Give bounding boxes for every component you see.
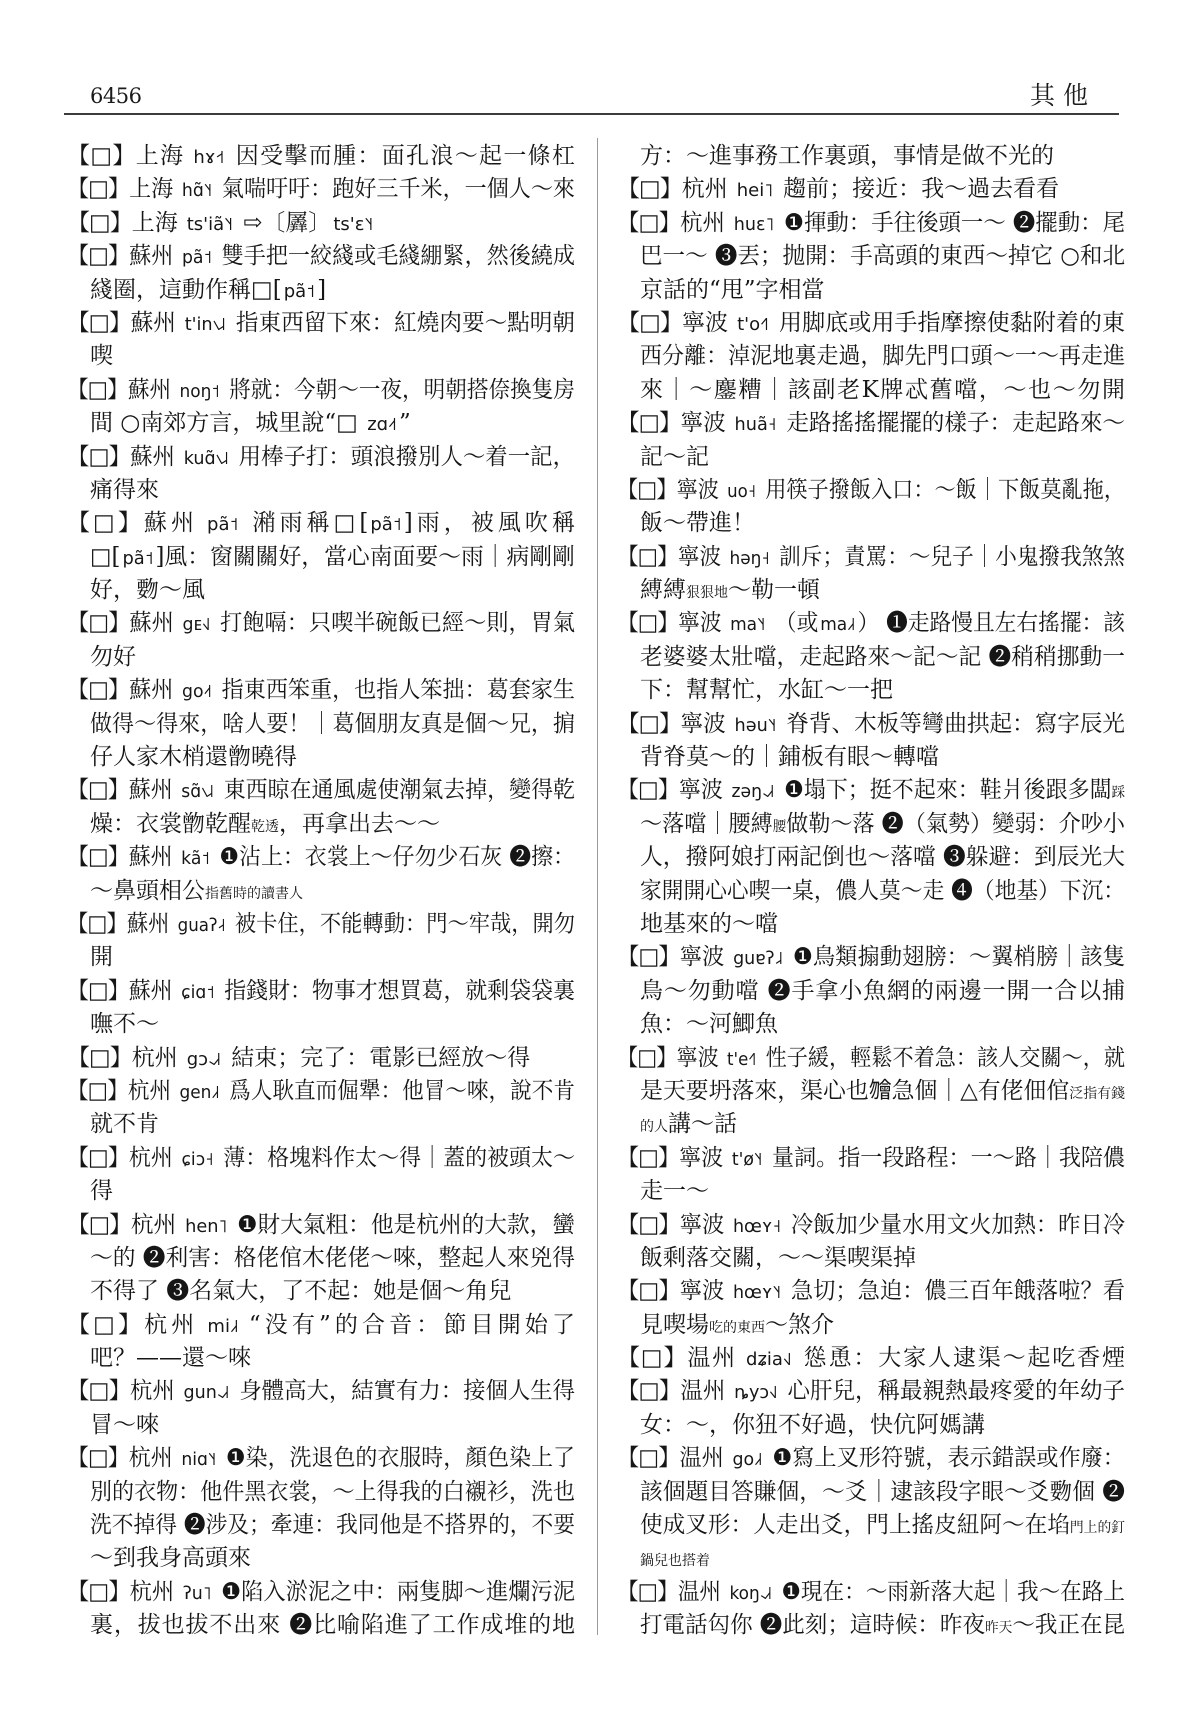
line-text: 【□】寧波hœʏ˧冷飯加少量水用文火加熱：昨日冷 [617, 1209, 1125, 1243]
ipa-transcription: kuɑ̃˦˩˨ [184, 448, 229, 469]
entry-continuation-line: 女：～，你狃不好過，快伉阿媽講 [617, 1409, 1125, 1442]
gloss-note: 門上的釘 [1070, 1520, 1125, 1536]
dialect-location: 寧波 [676, 1045, 718, 1071]
dictionary-entry: 【□】温州dʑia˧˩慫恿：大家人逮渠～起吃香煙 [617, 1342, 1125, 1375]
line-text: 【□】寧波həŋ˧訓斥；責罵：～兒子｜小鬼撥我煞煞 [617, 541, 1125, 575]
gloss-note: 乾透 [251, 819, 279, 835]
gloss-note: 泛指有錢 [1069, 1086, 1125, 1102]
headword-placeholder: 【□】 [67, 143, 136, 169]
ipa-transcription: gen˩˧ [180, 1082, 220, 1103]
definition-text: 仔人家木梢還朆曉得 [90, 744, 297, 770]
entry-continuation-line: 西分離：淖泥地裏走過，脚先門口頭～一～再走進 [617, 340, 1125, 373]
ipa-transcription: ɕiɑ˦ [181, 982, 215, 1003]
entry-continuation-line: 就不肯 [67, 1108, 575, 1141]
definition-text: ] [317, 277, 326, 303]
dialect-location: 温州 [678, 1579, 721, 1605]
line-text: 【□】温州dʑia˧˩慫恿：大家人逮渠～起吃香煙 [617, 1342, 1125, 1376]
headword-placeholder: 【□】 [617, 1045, 676, 1071]
line-text: ～落噹｜腰縛腰做勒～落 ❷（氣勢）變弱：介吵小 [640, 808, 1125, 844]
ipa-transcription: mi˩˧ [207, 1316, 238, 1337]
definition-text: 裏，拔也拔不出來 ❷比喻陷進了工作成堆的地 [90, 1612, 575, 1638]
entry-head-line: 【□】寧波guɐʔ˩˨❶鳥類搧動翅膀：～翼梢膀｜該隻 [617, 941, 1125, 974]
line-text: 的人講～話 [640, 1108, 737, 1144]
dialect-location: 寧波 [681, 711, 726, 737]
line-text: 【□】蘇州kã˦❶沾上：衣裳上～仔勿少石灰 ❷擦： [67, 841, 575, 875]
definition-text: 打飽嗝：只喫半碗飯已經～則，胃氣 [220, 610, 575, 636]
dictionary-entry: 【□】蘇州t'in˦˩˨指東西留下來：紅燒肉要～點明朝喫 [67, 307, 575, 374]
line-text: 【□】蘇州gᴇ˧˩打飽嗝：只喫半碗飯已經～則，胃氣 [67, 607, 575, 641]
line-text: 【□】杭州gun˨˩˧身體高大，結實有力：接個人生得 [67, 1375, 575, 1409]
entry-head-line: 【□】蘇州t'in˦˩˨指東西留下來：紅燒肉要～點明朝 [67, 307, 575, 340]
ipa-transcription: huɛ˥ [734, 214, 774, 235]
dialect-location: 蘇州 [129, 243, 173, 269]
definition-text: 結束；完了：電影已經放～得 [231, 1045, 530, 1071]
dialect-location: 蘇州 [129, 677, 173, 703]
line-text: ～到我身高頭來 [90, 1542, 251, 1575]
line-text: 【□】上海ts'iã˥˧⇨〔羼〕ts'ɛ˥˧ [67, 207, 375, 241]
entry-head-line: 【□】杭州ʔu˥❶陷入淤泥之中：兩隻脚～進爛污泥 [67, 1576, 575, 1609]
dialect-location: 寧波 [680, 1278, 725, 1304]
right-column: 方：～進事務工作裏頭，事情是做不光的【□】杭州hei˥趨前；接近：我～過去看看【… [617, 140, 1125, 1643]
line-text: 【□】杭州ɕiɔ˧薄：格塊料作太～得｜蓋的被頭太～ [67, 1142, 575, 1176]
entry-head-line: 【□】寧波hœʏ˧冷飯加少量水用文火加熱：昨日冷 [617, 1209, 1125, 1242]
line-text: 巴一～ ❸丟；抛開：手高頭的東西～掉它 ○和北 [640, 240, 1125, 273]
dialect-location: 寧波 [680, 1212, 725, 1238]
line-text: 女：～，你狃不好過，快伉阿媽講 [640, 1409, 985, 1442]
dialect-location: 杭州 [129, 1145, 173, 1171]
entry-continuation-line: ～的 ❷利害：格佬倌木佬佬～唻，整起人來兇得 [67, 1242, 575, 1275]
dictionary-entry: 【□】上海ts'iã˥˧⇨〔羼〕ts'ɛ˥˧ [67, 207, 575, 240]
line-text: 【□】寧波zəŋ˨˩˧❶塌下；挺不起來：鞋爿後跟多闆踩 [617, 774, 1125, 810]
definition-text: ]風：窗關關好，當心南面要～雨｜病剛剛 [156, 544, 575, 570]
line-text: 該個題目答賺個，～爻｜逮該段字眼～爻覅個 ❷ [640, 1476, 1125, 1509]
line-text: 燥：衣裳朆乾醒乾透，再拿出去～～ [90, 808, 440, 844]
definition-text: 被卡住，不能轉動：門～牢哉，開勿 [235, 911, 575, 937]
definition-text: 脊背、木板等彎曲拱起：寫字辰光 [786, 711, 1125, 737]
definition-text: 別的衣物：他件黑衣裳，～上得我的白襯衫，洗也 [90, 1479, 575, 1505]
line-text: 飯剩落交關，～～渠喫渠掉 [640, 1242, 916, 1275]
entry-continuation-line: 地基來的～噹 [617, 908, 1125, 941]
line-text: 不得了 ❸名氣大，了不起：她是個～角兒 [90, 1275, 511, 1308]
ipa-transcription: t'ø˥˧ [732, 1149, 763, 1170]
line-text: 綫圈，這動作稱□[pã˦] [90, 274, 326, 308]
entry-head-line: 【□】蘇州sɑ̃˦˩˨東西晾在通風處使潮氣去掉，變得乾 [67, 774, 575, 807]
line-text: 【□】寧波hœʏ˥˧急切；急迫：儂三百年餓落啦？看 [617, 1275, 1125, 1309]
entry-head-line: 【□】寧波uo˧用筷子撥飯入口：～飯｜下飯莫亂拖， [617, 474, 1125, 507]
entry-continuation-line: 走一～ [617, 1175, 1125, 1208]
line-text: 【□】温州go˩˧❶寫上叉形符號，表示錯誤或作廢： [617, 1442, 1125, 1476]
definition-text: ❶現在：～雨新落大起｜我～在路上 [782, 1579, 1125, 1605]
ipa-transcription: pã˦ [207, 514, 238, 535]
ipa-inline: pã˦ [370, 514, 401, 535]
line-text: 間 ○南郊方言，城里說“□ zɑ˨˦” [90, 407, 411, 441]
ipa-transcription: ts'iã˥˧ [187, 214, 233, 235]
dictionary-entry: 【□】蘇州pã˦潲雨稱□[pã˦]雨，被風吹稱□[pã˦]風：窗關關好，當心南面… [67, 507, 575, 607]
gloss-note: 腰 [773, 819, 786, 835]
definition-text: ～的 ❷利害：格佬倌木佬佬～唻，整起人來兇得 [90, 1245, 575, 1271]
entry-head-line: 【□】寧波zəŋ˨˩˧❶塌下；挺不起來：鞋爿後跟多闆踩 [617, 774, 1125, 807]
definition-text: 爲人耿直而倔犟：他冒～唻，說不肯 [229, 1078, 575, 1104]
entry-head-line: 【□】上海hɤ˧˦因受擊而腫：面孔浪～起一條杠 [67, 140, 575, 173]
headword-placeholder: 【□】 [67, 1145, 129, 1171]
dialect-location: 杭州 [682, 176, 728, 202]
headword-placeholder: 【□】 [67, 176, 129, 202]
dialect-location: 寧波 [682, 310, 728, 336]
entry-head-line: 【□】杭州ɕiɔ˧薄：格塊料作太～得｜蓋的被頭太～ [67, 1142, 575, 1175]
definition-text: 做得～得來，啥人要！｜葛個朋友真是個～兄，掮 [90, 711, 575, 737]
definition-text: ⇨〔羼〕 [243, 210, 331, 236]
headword-placeholder: 【□】 [617, 477, 677, 503]
line-text: 【□】蘇州ɕiɑ˦指錢財：物事才想買葛，就剩袋袋裏 [67, 975, 575, 1009]
entry-continuation-line: 魚：～河鯽魚 [617, 1008, 1125, 1041]
line-text: 【□】寧波həu˥˧脊背、木板等彎曲拱起：寫字辰光 [617, 708, 1125, 742]
line-text: 【□】蘇州sɑ̃˦˩˨東西晾在通風處使潮氣去掉，變得乾 [67, 774, 575, 808]
headword-placeholder: 【□】 [617, 944, 680, 970]
definition-text: 走路搖搖擺擺的樣子：走起路來～ [786, 410, 1125, 436]
line-text: 【□】杭州gen˩˧爲人耿直而倔犟：他冒～唻，說不肯 [67, 1075, 575, 1109]
line-text: 縛縛狠狠地～勒一頓 [640, 574, 820, 610]
entry-continuation-line: 來｜～鏖糟｜該副老K牌忒舊噹，～也～勿開 [617, 374, 1125, 407]
line-text: 【□】杭州hen˥❶財大氣粗：他是杭州的大款，蠻 [67, 1209, 575, 1243]
entry-head-line: 【□】寧波huã˧走路搖搖擺擺的樣子：走起路來～ [617, 407, 1125, 440]
dictionary-entry: 【□】寧波t'o˧˥用脚底或用手指摩擦使黏附着的東西分離：淖泥地裏走過，脚先門口… [617, 307, 1125, 407]
definition-text: 急切；急迫：儂三百年餓落啦？看 [791, 1278, 1125, 1304]
section-title: 其 他 [1030, 81, 1088, 111]
headword-placeholder: 【□】 [617, 176, 682, 202]
ipa-transcription: gᴇ˧˩ [182, 614, 210, 635]
dictionary-entry: 【□】杭州hen˥❶財大氣粗：他是杭州的大款，蠻～的 ❷利害：格佬倌木佬佬～唻，… [67, 1209, 575, 1309]
dialect-location: 温州 [680, 1378, 725, 1404]
entry-head-line: 【□】蘇州go˨˦指東西笨重，也指人笨拙：葛套家生 [67, 674, 575, 707]
entry-continuation-line: 的人講～話 [617, 1108, 1125, 1141]
entry-continuation-line: 京話的“甩”字相當 [617, 274, 1125, 307]
definition-text: 薄：格塊料作太～得｜蓋的被頭太～ [223, 1145, 575, 1171]
dictionary-entry: 【□】杭州ɕiɔ˧薄：格塊料作太～得｜蓋的被頭太～得 [67, 1142, 575, 1209]
definition-text: 燥：衣裳朆乾醒 [90, 811, 251, 837]
line-text: 勿好 [90, 641, 136, 674]
definition-text: “没有”的合音：節目開始了 [249, 1312, 575, 1338]
gloss-note: 狠狠地 [686, 585, 728, 601]
headword-placeholder: 【□】 [67, 911, 127, 937]
entry-continuation-line: 裏，拔也拔不出來 ❷比喻陷進了工作成堆的地 [67, 1609, 575, 1642]
line-text: 【□】杭州niɑ˥˧❶染，洗退色的衣服時，顏色染上了 [67, 1442, 575, 1476]
column-divider [597, 138, 598, 1635]
entry-continuation-line: 是天要坍落來，渠心也𣍐急個｜△有佬佃倌泛指有錢 [617, 1075, 1125, 1108]
definition-text: 指東西笨重，也指人笨拙：葛套家生 [222, 677, 575, 703]
dictionary-entry: 【□】寧波uo˧用筷子撥飯入口：～飯｜下飯莫亂拖，飯～帶進！ [617, 474, 1125, 541]
line-text: 老婆婆太壯噹，走起路來～記～記 ❷稍稍挪動一 [640, 641, 1125, 674]
definition-text: 勿好 [90, 644, 136, 670]
headword-placeholder: 【□】 [617, 1445, 679, 1471]
entry-continuation-line: 痛得來 [67, 474, 575, 507]
entry-continuation-line: 使成叉形：人走出爻，門上搖皮紐阿～在埳門上的釘 [617, 1509, 1125, 1542]
entry-continuation-line: 得 [67, 1175, 575, 1208]
dialect-location: 蘇州 [129, 844, 173, 870]
definition-text: □[ [90, 544, 120, 570]
entry-continuation-line: 飯～帶進！ [617, 507, 1125, 540]
headword-placeholder: 【□】 [67, 1078, 128, 1104]
entry-head-line: 【□】杭州huɛ˥❶揮動：手往後頭一～ ❷擺動：尾 [617, 207, 1125, 240]
entry-head-line: 【□】温州ȵyɔ˧˩心肝兒，稱最親熱最疼愛的年幼子 [617, 1375, 1125, 1408]
headword-placeholder: 【□】 [617, 544, 678, 570]
dictionary-entry: 【□】蘇州noŋ˦將就：今朝～一夜，明朝搭倷換隻房間 ○南郊方言，城里說“□ z… [67, 374, 575, 441]
line-text: 【□】温州ȵyɔ˧˩心肝兒，稱最親熱最疼愛的年幼子 [617, 1375, 1125, 1409]
line-text: 【□】上海hɤ˧˦因受擊而腫：面孔浪～起一條杠 [67, 140, 575, 174]
line-text: 【□】杭州hei˥趨前；接近：我～過去看看 [617, 173, 1059, 207]
definition-text: 打電話匃你 ❷此刻；這時候：昨夜 [640, 1612, 985, 1638]
dictionary-entry: 【□】杭州niɑ˥˧❶染，洗退色的衣服時，顏色染上了別的衣物：他件黑衣裳，～上得… [67, 1442, 575, 1576]
line-text: □[pã˦]風：窗關關好，當心南面要～雨｜病剛剛 [90, 541, 575, 575]
dictionary-entry: 【□】寧波t'ø˥˧量詞。指一段路程：一～路｜我陪儂走一～ [617, 1142, 1125, 1209]
line-text: 方：～進事務工作裏頭，事情是做不光的 [640, 140, 1054, 173]
headword-placeholder: 【□】 [67, 377, 128, 403]
dictionary-entry: 【□】温州go˩˧❶寫上叉形符號，表示錯誤或作廢：該個題目答賺個，～爻｜逮該段字… [617, 1442, 1125, 1576]
dialect-location: 杭州 [132, 1045, 178, 1071]
entry-continuation-line: 打電話匃你 ❷此刻；這時候：昨夜昨天～我正在昆 [617, 1609, 1125, 1642]
definition-text: 魚：～河鯽魚 [640, 1011, 778, 1037]
ipa-transcription: dʑia˧˩ [746, 1349, 792, 1370]
dialect-location: 杭州 [144, 1312, 198, 1338]
ipa-transcription: pã˦ [182, 247, 212, 268]
line-text: 魚：～河鯽魚 [640, 1008, 778, 1041]
definition-text: 用筷子撥飯入口：～飯｜下飯莫亂拖， [765, 477, 1125, 503]
dictionary-entry: 【□】杭州huɛ˥❶揮動：手往後頭一～ ❷擺動：尾巴一～ ❸丟；抛開：手高頭的東… [617, 207, 1125, 307]
line-text: 西分離：淖泥地裏走過，脚先門口頭～一～再走進 [640, 340, 1125, 373]
definition-text: 女：～，你狃不好過，快伉阿媽講 [640, 1412, 985, 1438]
entry-continuation-line: 記～記 [617, 441, 1125, 474]
line-text: 人，撥阿娘打兩記倒也～落噹 ❸躲避：到辰光大 [640, 841, 1125, 874]
headword-placeholder: 【□】 [67, 210, 132, 236]
ipa-transcription: gun˨˩˧ [183, 1382, 229, 1403]
definition-text: 氣喘吁吁：跑好三千米，一個人～來 [222, 176, 575, 202]
line-text: 家開開心心喫一桌，儂人莫～走 ❹（地基）下沉： [640, 875, 1125, 908]
line-text: 開 [90, 941, 113, 974]
dictionary-entry: 【□】杭州ʔu˥❶陷入淤泥之中：兩隻脚～進爛污泥裏，拔也拔不出來 ❷比喻陷進了工… [67, 1576, 575, 1643]
entry-continuation-line: ～鼻頭相公指舊時的讀書人 [67, 875, 575, 908]
entry-continuation-line: 綫圈，這動作稱□[pã˦] [67, 274, 575, 307]
definition-text: 人，撥阿娘打兩記倒也～落噹 ❸躲避：到辰光大 [640, 844, 1125, 870]
definition-text: 指東西留下來：紅燒肉要～點明朝 [236, 310, 575, 336]
entry-head-line: 【□】蘇州kuɑ̃˦˩˨用棒子打：頭浪撥別人～着一記， [67, 441, 575, 474]
definition-text: 綫圈，這動作稱□[ [90, 277, 282, 303]
ipa-transcription: guaʔ˨˧ [178, 915, 226, 936]
entry-head-line: 【□】温州dʑia˧˩慫恿：大家人逮渠～起吃香煙 [617, 1342, 1125, 1375]
entry-head-line: 【□】蘇州guaʔ˨˧被卡住，不能轉動：門～牢哉，開勿 [67, 908, 575, 941]
line-text: 【□】寧波ma˥˧（或ma˩˧） ❶走路慢且左右搖擺：該 [617, 607, 1125, 641]
dictionary-entry: 【□】蘇州kã˦❶沾上：衣裳上～仔勿少石灰 ❷擦：～鼻頭相公指舊時的讀書人 [67, 841, 575, 908]
entry-head-line: 【□】杭州gen˩˧爲人耿直而倔犟：他冒～唻，說不肯 [67, 1075, 575, 1108]
line-text: 喫 [90, 340, 113, 373]
dictionary-entry: 【□】蘇州sɑ̃˦˩˨東西晾在通風處使潮氣去掉，變得乾燥：衣裳朆乾醒乾透，再拿出… [67, 774, 575, 841]
entry-head-line: 【□】蘇州kã˦❶沾上：衣裳上～仔勿少石灰 ❷擦： [67, 841, 575, 874]
definition-text: 因受擊而腫：面孔浪～起一條杠 [234, 143, 575, 169]
dialect-location: 蘇州 [129, 610, 173, 636]
line-text: 打電話匃你 ❷此刻；這時候：昨夜昨天～我正在昆 [640, 1609, 1125, 1645]
line-text: 見喫場吃的東西～煞介 [640, 1309, 834, 1345]
ipa-transcription: hɤ˧˦ [193, 147, 224, 168]
line-text: 下：幫幫忙，水缸～一把 [640, 674, 893, 707]
entry-continuation-line: 燥：衣裳朆乾醒乾透，再拿出去～～ [67, 808, 575, 841]
ipa-inline: zɑ˨˦ [367, 414, 397, 435]
entry-continuation-line: 不得了 ❸名氣大，了不起：她是個～角兒 [67, 1275, 575, 1308]
definition-text: 開 [90, 944, 113, 970]
entry-head-line: 【□】上海hɑ̃˥˧氣喘吁吁：跑好三千米，一個人～來 [67, 173, 575, 206]
dialect-location: 寧波 [678, 610, 721, 636]
dictionary-entry: 【□】杭州gun˨˩˧身體高大，結實有力：接個人生得冒～唻 [67, 1375, 575, 1442]
entry-continuation-line: 勿好 [67, 641, 575, 674]
headword-placeholder: 【□】 [617, 1345, 687, 1371]
definition-text: 好，覅～風 [90, 577, 205, 603]
definition-text: 雙手把一絞綫或毛綫綳緊，然後繞成 [222, 243, 575, 269]
definition-text: 吧？——還～唻 [90, 1345, 251, 1371]
definition-text: 潲雨稱□[ [248, 510, 368, 536]
dictionary-entry: 【□】寧波hœʏ˥˧急切；急迫：儂三百年餓落啦？看見喫場吃的東西～煞介 [617, 1275, 1125, 1342]
definition-text: 冷飯加少量水用文火加熱：昨日冷 [791, 1212, 1125, 1238]
ipa-inline: ts'ɛ˥˧ [333, 214, 373, 235]
line-text: 飯～帶進！ [640, 507, 755, 540]
definition-text: 趨前；接近：我～過去看看 [783, 176, 1059, 202]
line-text: 【□】寧波t'e˧˥性子緩，輕鬆不着急：該人交關～，就 [617, 1042, 1125, 1076]
definition-text: 縛縛 [640, 577, 686, 603]
dialect-location: 温州 [679, 1445, 723, 1471]
headword-placeholder: 【□】 [67, 1445, 129, 1471]
headword-placeholder: 【□】 [67, 1378, 130, 1404]
entry-continuation-line: 家開開心心喫一桌，儂人莫～走 ❹（地基）下沉： [617, 875, 1125, 908]
definition-text: ～鼻頭相公 [90, 878, 205, 904]
entry-head-line: 【□】蘇州pã˦潲雨稱□[pã˦]雨，被風吹稱 [67, 507, 575, 540]
headword-placeholder: 【□】 [617, 410, 681, 436]
entry-head-line: 【□】上海ts'iã˥˧⇨〔羼〕ts'ɛ˥˧ [67, 207, 575, 240]
dialect-location: 上海 [136, 143, 185, 169]
dictionary-entry: 【□】蘇州go˨˦指東西笨重，也指人笨拙：葛套家生做得～得來，啥人要！｜葛個朋友… [67, 674, 575, 774]
dialect-location: 蘇州 [129, 777, 173, 803]
ipa-inline: ma˩˧ [820, 614, 855, 635]
definition-text: 來｜～鏖糟｜該副老K牌忒舊噹，～也～勿開 [640, 377, 1125, 403]
definition-text: ～到我身高頭來 [90, 1545, 251, 1571]
ipa-transcription: hen˥ [185, 1216, 227, 1237]
ipa-transcription: noŋ˦ [180, 381, 220, 402]
line-text: 來｜～鏖糟｜該副老K牌忒舊噹，～也～勿開 [640, 374, 1125, 407]
entry-continuation-line: 方：～進事務工作裏頭，事情是做不光的 [617, 140, 1125, 173]
entry-continuation-line: 背脊莫～的｜鋪板有眼～轉噹 [617, 741, 1125, 774]
definition-text: 見喫場 [640, 1312, 709, 1338]
definition-text: 訓斥；責罵：～兒子｜小鬼撥我煞煞 [779, 544, 1125, 570]
definition-text: 東西晾在通風處使潮氣去掉，變得乾 [224, 777, 575, 803]
entry-continuation-line: 下：幫幫忙，水缸～一把 [617, 674, 1125, 707]
ipa-transcription: go˩˧ [732, 1449, 762, 1470]
line-text: 【□】蘇州kuɑ̃˦˩˨用棒子打：頭浪撥別人～着一記， [67, 441, 575, 475]
ipa-transcription: hei˥ [737, 180, 773, 201]
definition-text: 京話的“甩”字相當 [640, 277, 825, 303]
line-text: 得 [90, 1175, 113, 1208]
headword-placeholder: 【□】 [67, 677, 129, 703]
definition-text: 心肝兒，稱最親熱最疼愛的年幼子 [788, 1378, 1125, 1404]
line-text: 【□】上海hɑ̃˥˧氣喘吁吁：跑好三千米，一個人～來 [67, 173, 575, 207]
line-text: 做得～得來，啥人要！｜葛個朋友真是個～兄，掮 [90, 708, 575, 741]
definition-text: ❶沾上：衣裳上～仔勿少石灰 ❷擦： [219, 844, 575, 870]
definition-text: ❶寫上叉形符號，表示錯誤或作廢： [772, 1445, 1125, 1471]
definition-text: ，再拿出去～～ [279, 811, 440, 837]
line-text: 鍋兒也搭着 [640, 1542, 710, 1578]
dictionary-entry: 【□】蘇州kuɑ̃˦˩˨用棒子打：頭浪撥別人～着一記，痛得來 [67, 441, 575, 508]
entry-continuation-line: 鳥～勿動噹 ❷手拿小魚網的兩邊一開一合以捕 [617, 975, 1125, 1008]
ipa-transcription: koŋ˨˩˧ [729, 1583, 772, 1604]
entry-head-line: 【□】杭州gɔ˨˩˧結束；完了：電影已經放～得 [67, 1042, 575, 1075]
definition-text: ❶財大氣粗：他是杭州的大款，蠻 [237, 1212, 575, 1238]
line-text: 【□】蘇州t'in˦˩˨指東西留下來：紅燒肉要～點明朝 [67, 307, 575, 341]
left-column: 【□】上海hɤ˧˦因受擊而腫：面孔浪～起一條杠【□】上海hɑ̃˥˧氣喘吁吁：跑好… [67, 140, 575, 1643]
dictionary-entry: 【□】寧波huã˧走路搖搖擺擺的樣子：走起路來～記～記 [617, 407, 1125, 474]
entry-head-line: 【□】寧波t'e˧˥性子緩，輕鬆不着急：該人交關～，就 [617, 1042, 1125, 1075]
dictionary-entry: 【□】上海hɤ˧˦因受擊而腫：面孔浪～起一條杠 [67, 140, 575, 173]
dictionary-entry: 【□】蘇州gᴇ˧˩打飽嗝：只喫半碗飯已經～則，胃氣勿好 [67, 607, 575, 674]
definition-text: ～落噹｜腰縛 [640, 811, 773, 837]
header-rule [64, 113, 1119, 115]
line-text: 【□】杭州ʔu˥❶陷入淤泥之中：兩隻脚～進爛污泥 [67, 1576, 575, 1610]
headword-placeholder: 【□】 [67, 978, 129, 1004]
page-number: 6456 [90, 83, 141, 109]
ipa-transcription: niɑ˥˧ [181, 1449, 216, 1470]
headword-placeholder: 【□】 [67, 844, 129, 870]
definition-text: 性子緩，輕鬆不着急：該人交關～，就 [766, 1045, 1125, 1071]
entry-continuation-line: 人，撥阿娘打兩記倒也～落噹 ❸躲避：到辰光大 [617, 841, 1125, 874]
definition-text: ❶陷入淤泥之中：兩隻脚～進爛污泥 [221, 1579, 575, 1605]
gloss-note: 昨天 [985, 1620, 1012, 1636]
line-text: 【□】蘇州go˨˦指東西笨重，也指人笨拙：葛套家生 [67, 674, 575, 708]
headword-placeholder: 【□】 [67, 1312, 144, 1338]
entry-head-line: 【□】蘇州pã˦雙手把一絞綫或毛綫綳緊，然後繞成 [67, 240, 575, 273]
dialect-location: 寧波 [678, 544, 721, 570]
ipa-transcription: həu˥˧ [735, 715, 777, 736]
dialect-location: 杭州 [131, 1212, 176, 1238]
line-text: 【□】杭州huɛ˥❶揮動：手往後頭一～ ❷擺動：尾 [617, 207, 1125, 241]
line-text: ～的 ❷利害：格佬倌木佬佬～唻，整起人來兇得 [90, 1242, 575, 1275]
entry-continuation-line: 好，覅～風 [67, 574, 575, 607]
definition-text: 冒～唻 [90, 1412, 159, 1438]
definition-text: 巴一～ ❸丟；抛開：手高頭的東西～掉它 ○和北 [640, 243, 1125, 269]
dictionary-entry: 【□】杭州gen˩˧爲人耿直而倔犟：他冒～唻，說不肯就不肯 [67, 1075, 575, 1142]
definition-text: ～煞介 [765, 1312, 834, 1338]
line-text: 鳥～勿動噹 ❷手拿小魚網的兩邊一開一合以捕 [640, 975, 1125, 1008]
headword-placeholder: 【□】 [67, 310, 131, 336]
entry-continuation-line: 冒～唻 [67, 1409, 575, 1442]
definition-text: 地基來的～噹 [640, 911, 778, 937]
headword-placeholder: 【□】 [617, 310, 682, 336]
dialect-location: 寧波 [681, 410, 726, 436]
entry-head-line: 【□】杭州mi˩˧“没有”的合音：節目開始了 [67, 1309, 575, 1342]
definition-text: 痛得來 [90, 477, 159, 503]
definition-text: 西分離：淖泥地裏走過，脚先門口頭～一～再走進 [640, 343, 1125, 369]
entry-head-line: 【□】寧波hœʏ˥˧急切；急迫：儂三百年餓落啦？看 [617, 1275, 1125, 1308]
dialect-location: 蘇州 [144, 510, 198, 536]
entry-head-line: 【□】杭州niɑ˥˧❶染，洗退色的衣服時，顏色染上了 [67, 1442, 575, 1475]
ipa-transcription: gɔ˨˩˧ [187, 1049, 221, 1070]
dictionary-entry: 【□】蘇州ɕiɑ˦指錢財：物事才想買葛，就剩袋袋裏嘸不～ [67, 975, 575, 1042]
line-text: 【□】蘇州pã˦雙手把一絞綫或毛綫綳緊，然後繞成 [67, 240, 575, 274]
entry-head-line: 【□】寧波həu˥˧脊背、木板等彎曲拱起：寫字辰光 [617, 708, 1125, 741]
line-text: 好，覅～風 [90, 574, 205, 607]
definition-text: 背脊莫～的｜鋪板有眼～轉噹 [640, 744, 939, 770]
entry-continuation-line: 喫 [67, 340, 575, 373]
definition-text: 該個題目答賺個，～爻｜逮該段字眼～爻覅個 ❷ [640, 1479, 1125, 1505]
ipa-transcription: sɑ̃˦˩˨ [181, 781, 214, 802]
headword-placeholder: 【□】 [617, 777, 679, 803]
entry-head-line: 【□】蘇州gᴇ˧˩打飽嗝：只喫半碗飯已經～則，胃氣 [67, 607, 575, 640]
line-text: 【□】寧波huã˧走路搖搖擺擺的樣子：走起路來～ [617, 407, 1125, 441]
definition-text: ❶揮動：手往後頭一～ ❷擺動：尾 [784, 210, 1125, 236]
definition-text: 將就：今朝～一夜，明朝搭倷換隻房 [229, 377, 575, 403]
line-text: 走一～ [640, 1175, 709, 1208]
